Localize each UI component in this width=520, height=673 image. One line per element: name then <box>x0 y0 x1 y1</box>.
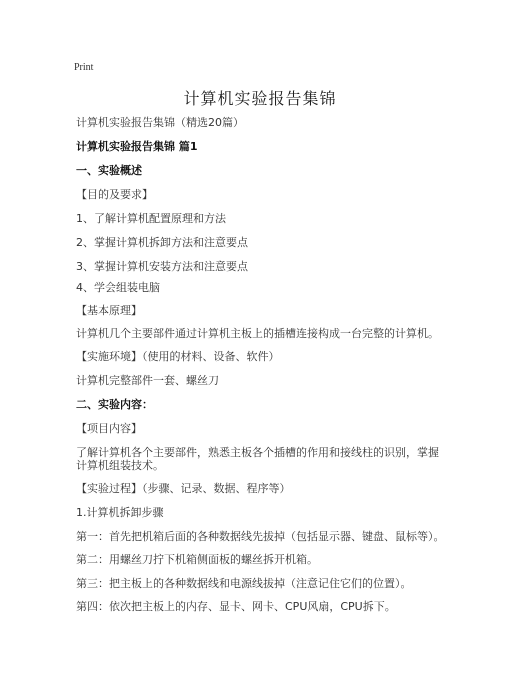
purpose-item: 1、了解计算机配置原理和方法 <box>76 212 456 225</box>
page-title: 计算机实验报告集锦 <box>0 86 520 109</box>
principle-text: 计算机几个主要部件通过计算机主板上的插槽连接构成一台完整的计算机。 <box>76 327 456 340</box>
step-item: 第二：用螺丝刀拧下机箱侧面板的螺丝拆开机箱。 <box>76 553 456 566</box>
step-item: 第一：首先把机箱后面的各种数据线先拔掉（包括显示器、键盘、鼠标等）。 <box>76 530 456 543</box>
purpose-item: 3、掌握计算机安装方法和注意要点 <box>76 260 456 273</box>
purpose-item: 4、学会组装电脑 <box>76 281 456 294</box>
project-text: 了解计算机各个主要部件，熟悉主板各个插槽的作用和接线柱的识别，掌握计算机组装技术… <box>76 446 448 472</box>
step-item: 第四：依次把主板上的内存、显卡、网卡、CPU风扇，CPU拆下。 <box>76 600 456 613</box>
document-page: Print 计算机实验报告集锦 计算机实验报告集锦（精选20篇） 计算机实验报告… <box>0 0 520 673</box>
principle-label: 【基本原理】 <box>76 304 456 317</box>
section-heading-overview: 一、实验概述 <box>76 164 456 177</box>
environment-label: 【实施环境】（使用的材料、设备、软件） <box>76 350 456 363</box>
environment-text: 计算机完整部件一套、螺丝刀 <box>76 374 456 387</box>
steps-heading: 1.计算机拆卸步骤 <box>76 506 456 519</box>
section-heading-content: 二、实验内容： <box>76 398 456 411</box>
print-link[interactable]: Print <box>74 62 93 73</box>
article-heading: 计算机实验报告集锦 篇1 <box>76 140 456 153</box>
purpose-item: 2、掌握计算机拆卸方法和注意要点 <box>76 236 456 249</box>
step-item: 第三：把主板上的各种数据线和电源线拔掉（注意记住它们的位置）。 <box>76 577 456 590</box>
process-label: 【实验过程】（步骤、记录、数据、程序等） <box>76 482 456 495</box>
document-subtitle: 计算机实验报告集锦（精选20篇） <box>76 116 456 129</box>
project-label: 【项目内容】 <box>76 422 456 435</box>
purpose-label: 【目的及要求】 <box>76 188 456 201</box>
